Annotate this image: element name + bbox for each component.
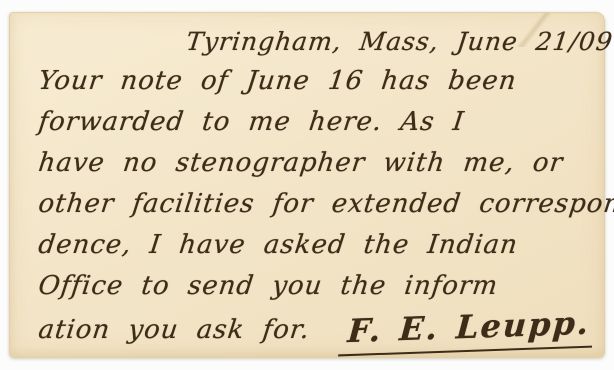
handwriting-line: dence, I have asked the Indian (36, 225, 599, 266)
handwriting-line: other facilities for extended correspon (36, 184, 599, 225)
dateline: Tyringham, Mass, June 21/09 (36, 23, 599, 61)
postcard: Tyringham, Mass, June 21/09 Your note of… (9, 12, 605, 358)
handwriting-line: Office to send you the inform (36, 266, 599, 307)
signature: F. E. Leupp. (338, 302, 595, 356)
handwriting-line: forwarded to me here. As I (36, 102, 599, 143)
handwriting-line: have no stenographer with me, or (36, 143, 599, 184)
closing-line: ation you ask for. (36, 310, 312, 351)
handwriting-line: Your note of June 16 has been (36, 61, 599, 102)
